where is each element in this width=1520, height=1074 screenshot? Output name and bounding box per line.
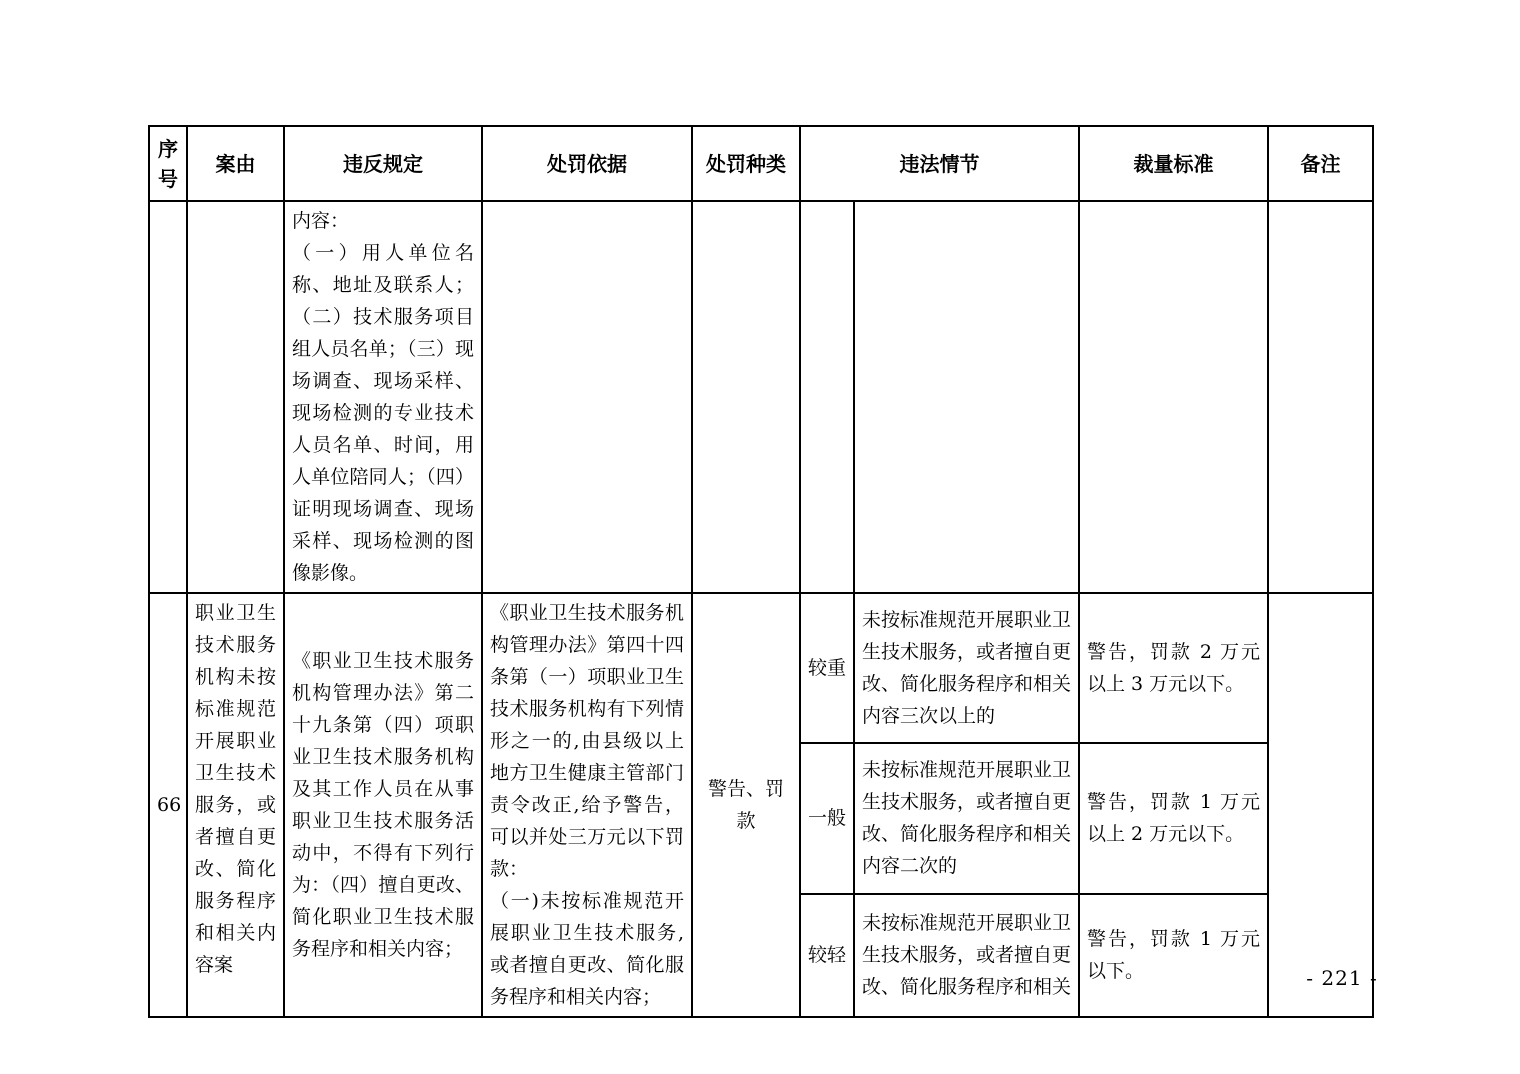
cell-66-weifan-guiding: 《职业卫生技术服务机构管理办法》第二十九条第（四）项职业卫生技术服务机构及其工作… bbox=[284, 593, 482, 1017]
row-66-subrow-jiaozhong: 66 职业卫生技术服务机构未按标准规范开展职业卫生技术服务，或者擅自更改、简化服… bbox=[149, 593, 1373, 743]
table-header-row: 序号 案由 违反规定 处罚依据 处罚种类 违法情节 裁量标准 备注 bbox=[149, 126, 1373, 201]
page-number: - 221 - bbox=[1292, 966, 1392, 990]
cell-cont-chufa-yiju bbox=[482, 201, 692, 593]
cell-66-qingjie-desc-3: 未按标准规范开展职业卫生技术服务，或者擅自更改、简化服务程序和相关 bbox=[854, 894, 1079, 1017]
cell-66-qingjie-desc-1: 未按标准规范开展职业卫生技术服务，或者擅自更改、简化服务程序和相关内容三次以上的 bbox=[854, 593, 1079, 743]
header-weifa-qingjie: 违法情节 bbox=[800, 126, 1079, 201]
cell-66-qingjie-level-2: 一般 bbox=[800, 743, 854, 894]
cell-cont-beizhu bbox=[1268, 201, 1373, 593]
cell-cont-qingjie-level bbox=[800, 201, 854, 593]
cell-66-beizhu bbox=[1268, 593, 1373, 1017]
header-xuhao: 序号 bbox=[149, 126, 187, 201]
cell-66-cailiang-3: 警告，罚款 1 万元以下。 bbox=[1079, 894, 1268, 1017]
cell-66-qingjie-level-1: 较重 bbox=[800, 593, 854, 743]
cell-66-qingjie-level-3: 较轻 bbox=[800, 894, 854, 1017]
continuation-row: 内容： （一）用人单位名称、地址及联系人；（二）技术服务项目组人员名单；（三）现… bbox=[149, 201, 1373, 593]
cell-cont-cailiang-biaozhun bbox=[1079, 201, 1268, 593]
cell-cont-qingjie-desc bbox=[854, 201, 1079, 593]
cell-cont-anyou bbox=[187, 201, 284, 593]
header-cailiang-biaozhun: 裁量标准 bbox=[1079, 126, 1268, 201]
cell-cont-chufa-zhonglei bbox=[692, 201, 800, 593]
header-beizhu: 备注 bbox=[1268, 126, 1373, 201]
cell-cont-weifan-guiding: 内容： （一）用人单位名称、地址及联系人；（二）技术服务项目组人员名单；（三）现… bbox=[284, 201, 482, 593]
cell-66-qingjie-desc-2: 未按标准规范开展职业卫生技术服务，或者擅自更改、简化服务程序和相关内容二次的 bbox=[854, 743, 1079, 894]
header-weifan-guiding: 违反规定 bbox=[284, 126, 482, 201]
header-chufa-yiju: 处罚依据 bbox=[482, 126, 692, 201]
cell-66-cailiang-1: 警告，罚款 2 万元以上 3 万元以下。 bbox=[1079, 593, 1268, 743]
header-anyou: 案由 bbox=[187, 126, 284, 201]
penalty-discretion-table: 序号 案由 违反规定 处罚依据 处罚种类 违法情节 裁量标准 备注 内容： （一… bbox=[148, 125, 1374, 1018]
cell-66-xuhao: 66 bbox=[149, 593, 187, 1017]
cell-66-chufa-yiju: 《职业卫生技术服务机构管理办法》第四十四条第（一）项职业卫生技术服务机构有下列情… bbox=[482, 593, 692, 1017]
document-page: 序号 案由 违反规定 处罚依据 处罚种类 违法情节 裁量标准 备注 内容： （一… bbox=[0, 0, 1520, 1074]
header-chufa-zhonglei: 处罚种类 bbox=[692, 126, 800, 201]
cell-66-anyou: 职业卫生技术服务机构未按标准规范开展职业卫生技术服务，或者擅自更改、简化服务程序… bbox=[187, 593, 284, 1017]
cell-cont-xuhao bbox=[149, 201, 187, 593]
cell-66-chufa-zhonglei: 警告、罚款 bbox=[692, 593, 800, 1017]
cell-66-cailiang-2: 警告，罚款 1 万元以上 2 万元以下。 bbox=[1079, 743, 1268, 894]
